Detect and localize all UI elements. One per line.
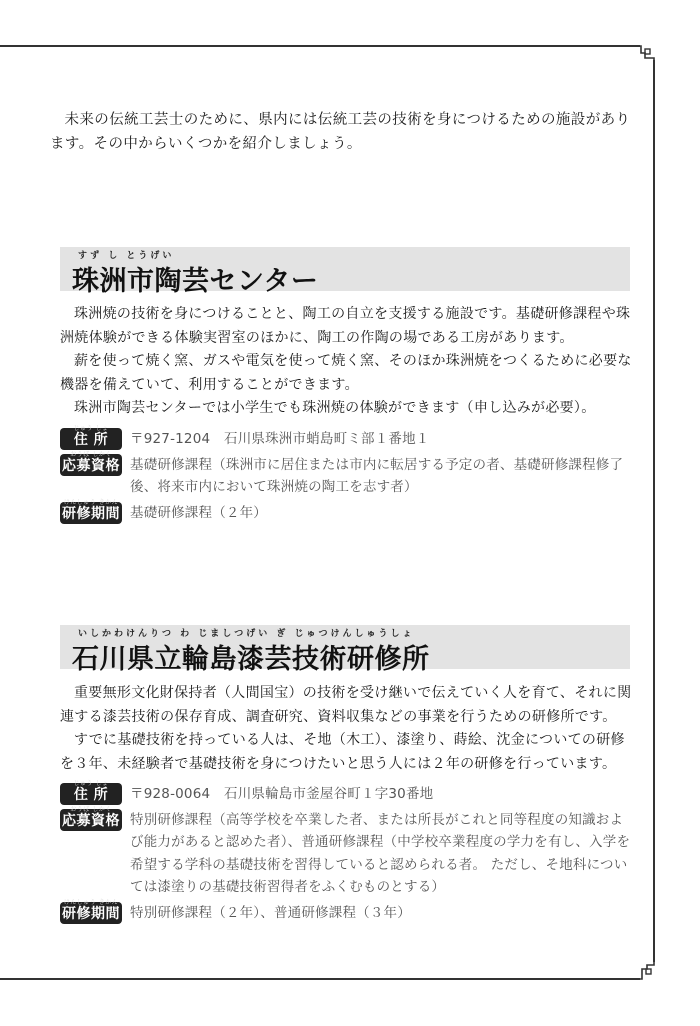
frame-corner-ornament-top-right [636, 44, 660, 66]
page-frame-bottom-border [0, 978, 640, 980]
body-paragraph: 珠洲焼の技術を身につけることと、陶工の自立を支援する施設です。基礎研修課程や珠洲… [60, 303, 635, 350]
page-frame-top-border [0, 45, 640, 47]
section-heading-wajima-lacquer-institute: いしかわけんりつ わ じましつげい ぎ じゅつけんしゅうしょ 石川県立輪島漆芸技… [60, 625, 630, 669]
eligibility-value: 基礎研修課程（珠洲市に居住または市内に転居する予定の者、基礎研修課程修了後、将来… [130, 453, 635, 499]
intro-paragraph: 未来の伝統工芸士のために、県内には伝統工芸の技術を身につけるための施設があります… [50, 108, 640, 156]
period-label-badge: けんしゅう きかん 研修期間 [60, 502, 122, 524]
info-block-wajima: じゅう しょ 住 所 〒928-0064 石川県輪島市釜屋谷町１字30番地 おう… [60, 782, 635, 926]
intro-text: 未来の伝統工芸士のために、県内には伝統工芸の技術を身につけるための施設があります… [50, 108, 640, 156]
eligibility-label-badge: おうぼ しかく 応募資格 [60, 809, 122, 831]
address-label-badge: じゅう しょ 住 所 [60, 783, 122, 805]
section-body-wajima: 重要無形文化財保持者（人間国宝）の技術を受け継いで伝えていく人を育て、それに関連… [60, 682, 635, 776]
info-row-period: けんしゅう きかん 研修期間 特別研修課程（２年）、普通研修課程（３年） [60, 901, 635, 925]
body-paragraph: すでに基礎技術を持っている人は、そ地（木工）、漆塗り、蒔絵、沈金についての研修を… [60, 729, 635, 776]
period-value: 特別研修課程（２年）、普通研修課程（３年） [130, 901, 635, 925]
address-label-badge: じゅう しょ 住 所 [60, 428, 122, 450]
eligibility-label-badge: おうぼ しかく 応募資格 [60, 454, 122, 476]
body-paragraph: 薪を使って焼く窯、ガスや電気を使って焼く窯、そのほか珠洲焼をつくるために必要な機… [60, 350, 635, 397]
body-paragraph: 珠洲市陶芸センターでは小学生でも珠洲焼の体験ができます（申し込みが必要）。 [60, 397, 635, 421]
info-block-suzu: じゅう しょ 住 所 〒927-1204 石川県珠洲市蛸島町ミ部１番地１ おうぼ… [60, 427, 635, 526]
section-body-suzu: 珠洲焼の技術を身につけることと、陶工の自立を支援する施設です。基礎研修課程や珠洲… [60, 303, 635, 421]
section-heading-title: 石川県立輪島漆芸技術研修所 [72, 637, 430, 676]
section-heading-title: 珠洲市陶芸センター [72, 259, 318, 298]
info-row-eligibility: おうぼ しかく 応募資格 特別研修課程（高等学校を卒業した者、または所長がこれと… [60, 808, 635, 899]
info-row-address: じゅう しょ 住 所 〒928-0064 石川県輪島市釜屋谷町１字30番地 [60, 782, 635, 806]
info-row-period: けんしゅう きかん 研修期間 基礎研修課程（２年） [60, 501, 635, 525]
period-value: 基礎研修課程（２年） [130, 501, 635, 525]
info-row-eligibility: おうぼ しかく 応募資格 基礎研修課程（珠洲市に居住または市内に転居する予定の者… [60, 453, 635, 499]
page-frame-right-border [653, 60, 655, 962]
address-value: 〒927-1204 石川県珠洲市蛸島町ミ部１番地１ [130, 427, 635, 451]
section-heading-suzu-pottery-center: すず し とうげい 珠洲市陶芸センター [60, 247, 630, 291]
eligibility-value: 特別研修課程（高等学校を卒業した者、または所長がこれと同等程度の知識および能力が… [130, 808, 635, 899]
address-value: 〒928-0064 石川県輪島市釜屋谷町１字30番地 [130, 782, 635, 806]
body-paragraph: 重要無形文化財保持者（人間国宝）の技術を受け継いで伝えていく人を育て、それに関連… [60, 682, 635, 729]
period-label-badge: けんしゅう きかん 研修期間 [60, 902, 122, 924]
info-row-address: じゅう しょ 住 所 〒927-1204 石川県珠洲市蛸島町ミ部１番地１ [60, 427, 635, 451]
